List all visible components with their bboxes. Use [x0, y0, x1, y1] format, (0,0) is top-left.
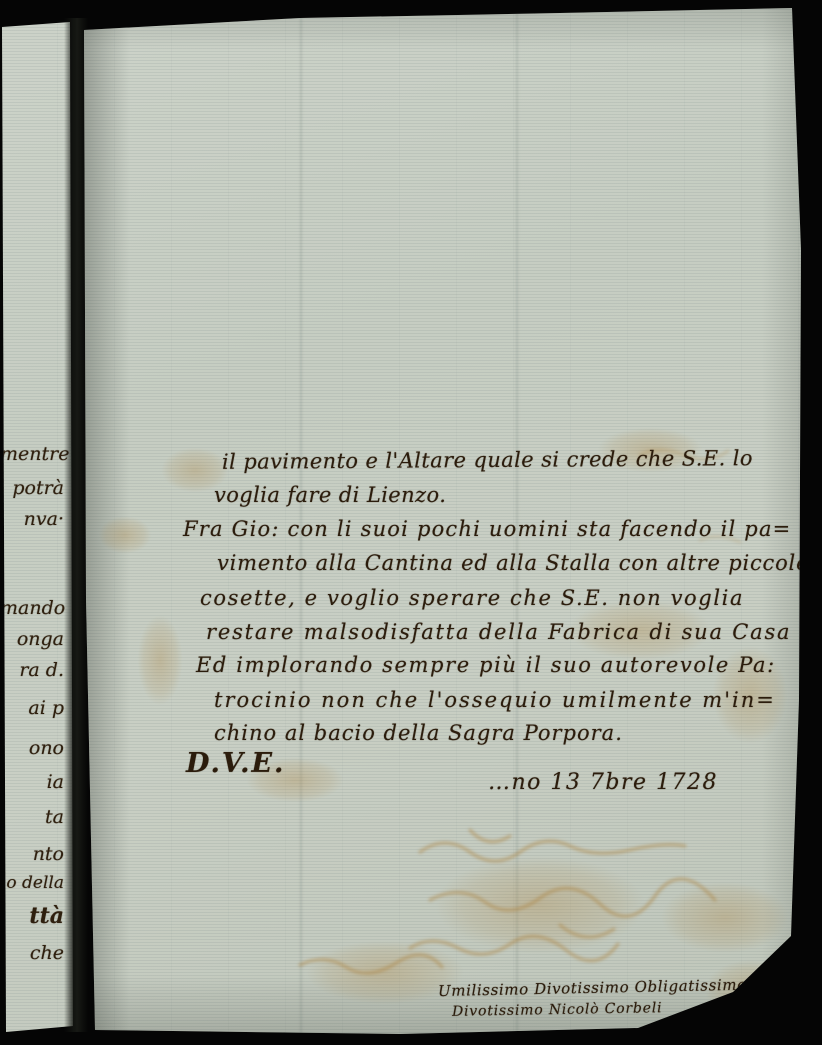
marginal-fragment: mentre [0, 443, 64, 465]
signature-title-line: Umilissimo Divotissimo Obligatissimo Ser… [438, 974, 822, 1000]
letter-body-line: restare malsodisfatta della Fabrica di s… [206, 620, 791, 644]
letter-body-line: trocinio non che l'ossequio umilmente m'… [214, 688, 776, 712]
marginal-fragment: nva· [0, 508, 64, 530]
stain [640, 870, 810, 965]
marginal-fragment: o della [0, 873, 64, 893]
letter-body-line: chino al bacio della Sagra Porpora. [214, 721, 623, 745]
marginal-fragment: ai p [0, 697, 64, 719]
letter-page: il pavimento e l'Altare quale si crede c… [0, 0, 822, 1045]
stain [90, 510, 160, 560]
dateline: …no 13 7bre 1728 [488, 770, 718, 795]
marginal-fragment: nto [0, 843, 64, 865]
letter-body-line: il pavimento e l'Altare quale si crede c… [222, 446, 753, 474]
letter-body-line: Fra Gio: con li suoi pochi uomini sta fa… [183, 517, 791, 541]
marginal-fragment: ttà [0, 903, 64, 929]
marginal-fragment: ia [0, 771, 64, 793]
marginal-fragment: che [0, 942, 64, 964]
letter-body-line: vimento alla Cantina ed alla Stalla con … [217, 551, 809, 575]
marginal-fragment: onga [0, 628, 64, 650]
stain [400, 840, 680, 970]
letter-body-line: Ed implorando sempre più il suo autorevo… [196, 653, 776, 677]
marginal-fragment: ta [0, 806, 64, 828]
stain [280, 930, 490, 1015]
marginal-fragment: ono [0, 737, 64, 759]
binding-gutter-shadow [64, 18, 88, 1032]
letter-body-line: cosette, e voglio sperare che S.E. non v… [200, 586, 744, 610]
manuscript-scan: mentre potrà nva· mando onga ra d. ai p … [0, 0, 822, 1045]
marginal-fragment: mando [0, 597, 64, 619]
letter-body-line: voglia fare di Lienzo. [214, 483, 446, 507]
signature-name-line: Divotissimo Nicolò Corbeli [452, 1000, 663, 1020]
marginal-fragment: potrà [0, 477, 64, 499]
stain [130, 600, 190, 720]
marginal-fragment: ra d. [0, 659, 64, 681]
closing-initials: D.V.E. [186, 748, 285, 779]
